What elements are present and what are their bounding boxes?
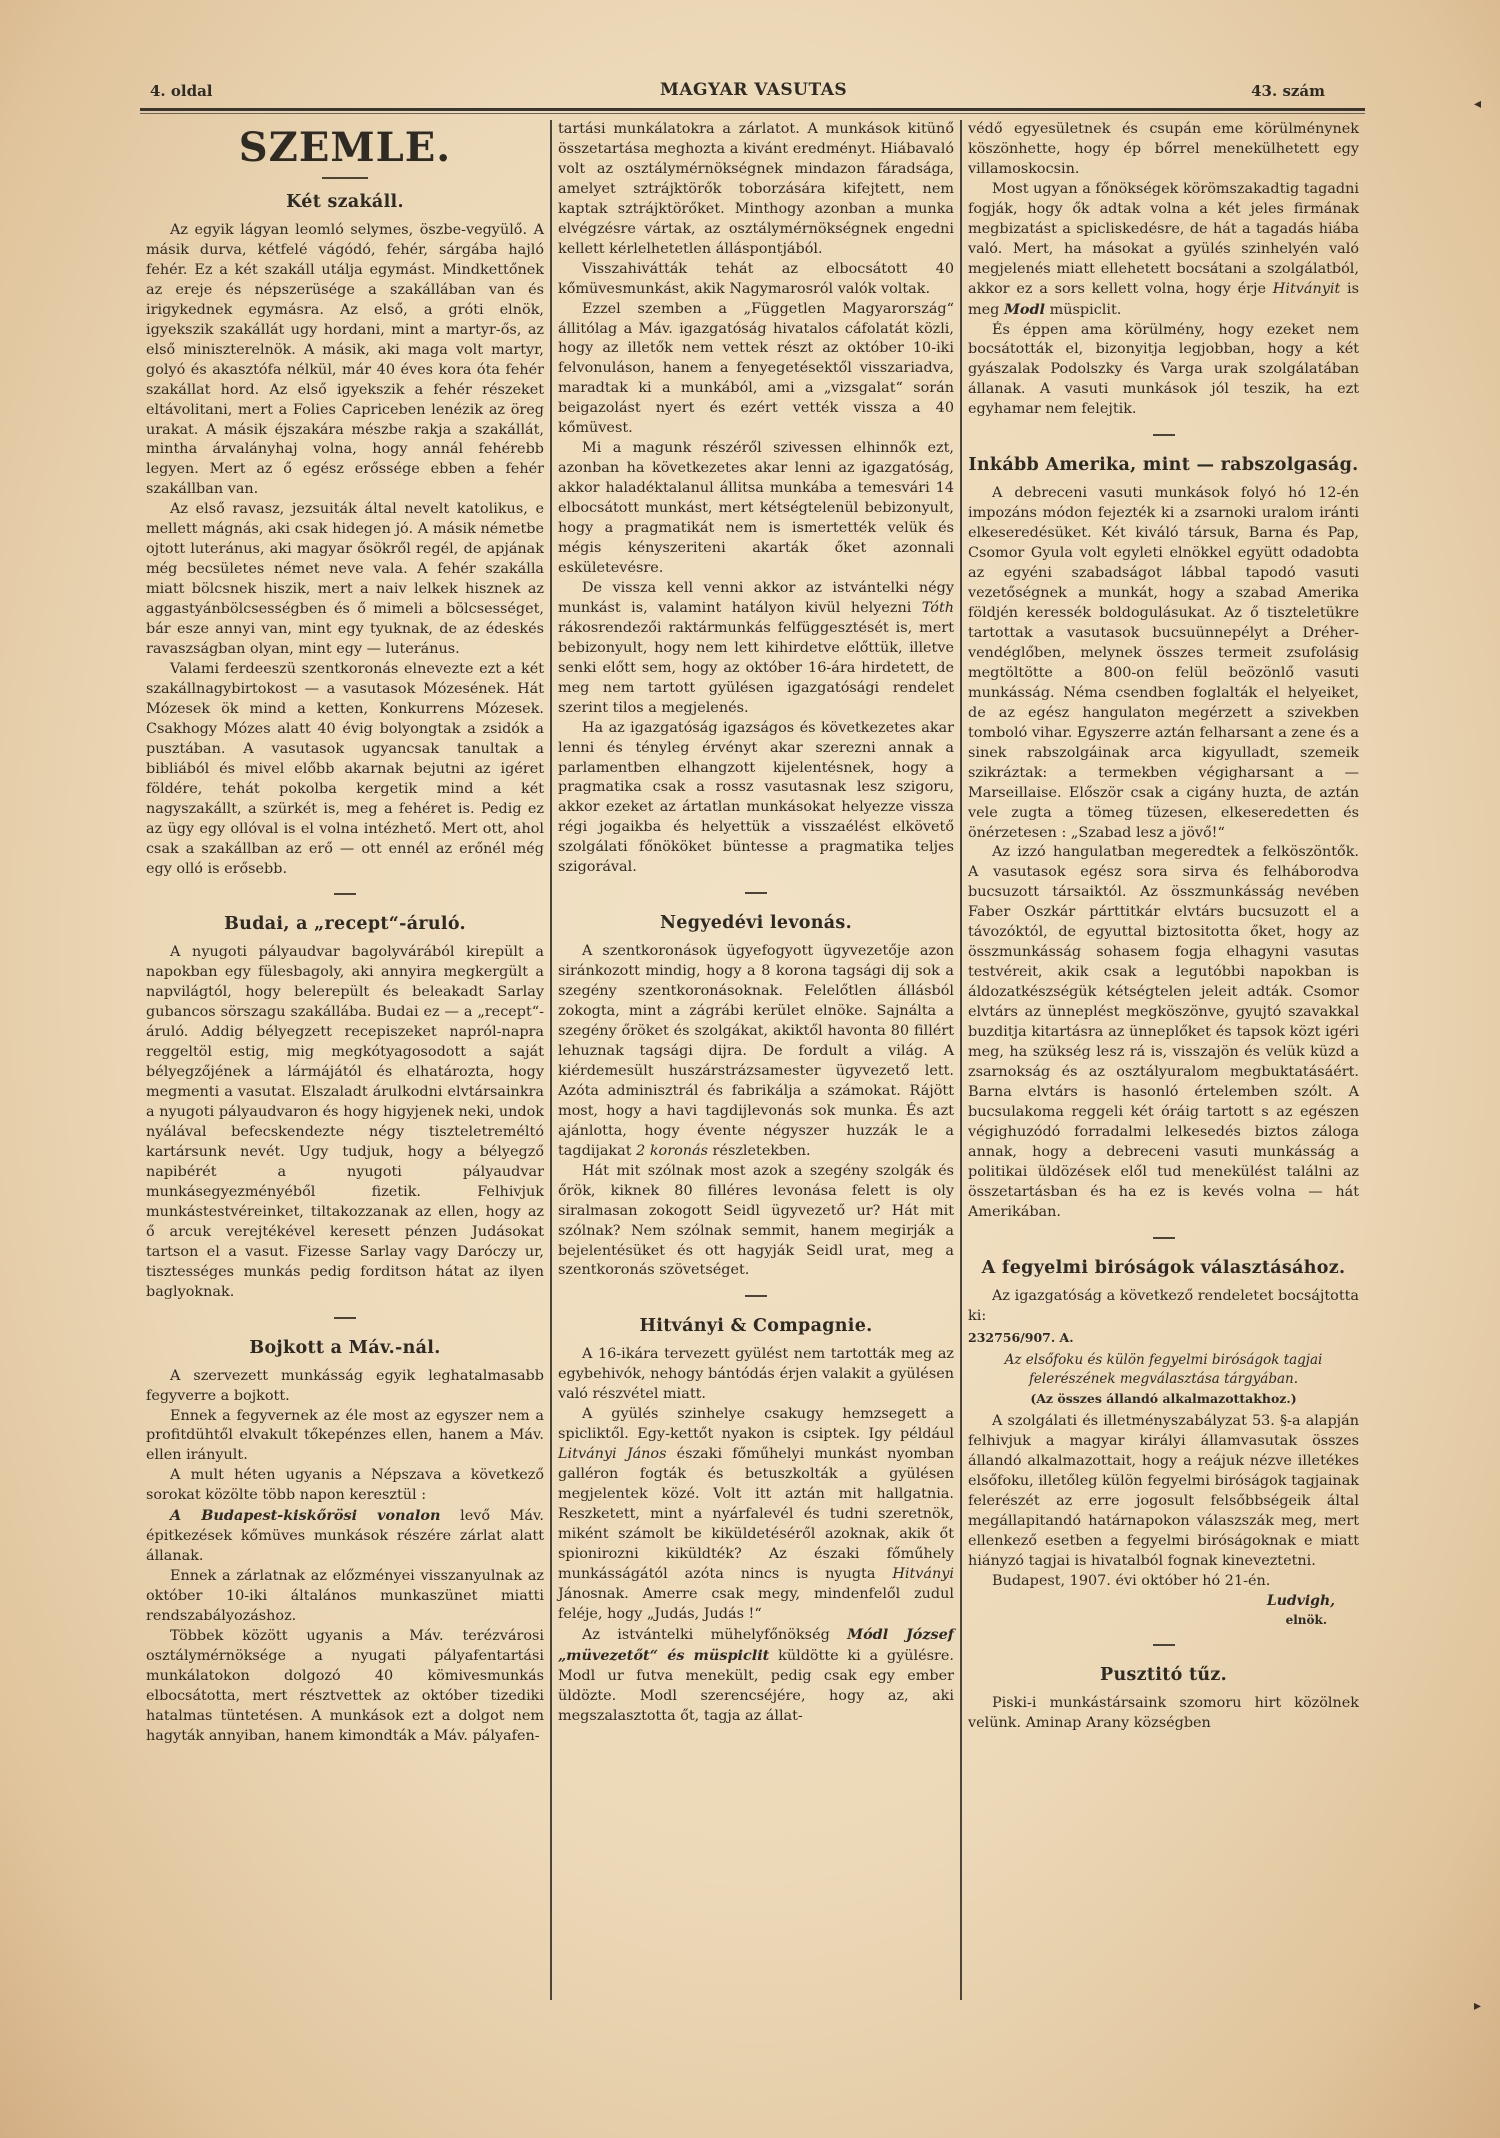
article-paragraph: A 16-ikára tervezett gyülést nem tartott… xyxy=(558,1345,954,1405)
article-paragraph: Ennek a fegyvernek az éle most az egysze… xyxy=(146,1407,544,1467)
article-separator xyxy=(745,1295,767,1297)
article-paragraph: A szervezett munkásság egyik leghatalmas… xyxy=(146,1367,544,1407)
article-title-negyedevi: Negyedévi levonás. xyxy=(558,912,954,934)
signature: Ludvigh, elnök. xyxy=(968,1592,1359,1630)
article-paragraph: Ennek a zárlatnak az előzményei visszany… xyxy=(146,1567,544,1627)
continued-paragraph: védő egyesületnek és csupán eme körülmén… xyxy=(968,120,1359,180)
quoted-notice-lead: A Budapest-kiskőrösi vonalon xyxy=(170,1507,440,1524)
scan-speck-mark: ▸ xyxy=(1474,1998,1481,2014)
article-paragraph: Az izzó hangulatban megeredtek a felkösz… xyxy=(968,843,1359,1222)
person-name: Tóth xyxy=(922,600,954,616)
person-name: Hitványit xyxy=(1273,281,1340,297)
article-separator xyxy=(334,893,356,895)
column-2: tartási munkálatokra a zárlatot. A munká… xyxy=(550,120,960,2000)
article-paragraph: Hát mit szólnak most azok a szegény szol… xyxy=(558,1162,954,1282)
article-paragraph: Többek között ugyanis a Máv. terézvárosi… xyxy=(146,1627,544,1747)
article-title-hitvanyi: Hitványi & Compagnie. xyxy=(558,1315,954,1337)
continued-paragraph: tartási munkálatokra a zárlatot. A munká… xyxy=(558,120,954,260)
column-3: védő egyesületnek és csupán eme körülmén… xyxy=(960,120,1365,2000)
text-run: De vissza kell venni akkor az istvántelk… xyxy=(558,580,954,616)
decree-addressee: (Az összes állandó alkalmazottakhoz.) xyxy=(968,1391,1359,1406)
article-separator xyxy=(745,892,767,894)
text-run: Az istvántelki mühelyfőnökség xyxy=(582,1627,847,1643)
article-paragraph: Az istvántelki mühelyfőnökség Módl Józse… xyxy=(558,1625,954,1727)
signature-name: Ludvigh, xyxy=(968,1592,1335,1611)
article-paragraph: A gyülés szinhelye csakugy hemzsegett a … xyxy=(558,1405,954,1624)
article-paragraph: A debreceni vasuti munkások folyó hó 12-… xyxy=(968,484,1359,843)
article-title-pusztito-tuz: Pusztitó tűz. xyxy=(968,1664,1359,1686)
article-separator xyxy=(1153,1237,1175,1239)
title-rule xyxy=(322,177,368,179)
text-run: részletekben. xyxy=(708,1143,811,1159)
decree-date: Budapest, 1907. évi október hó 21-én. xyxy=(968,1572,1359,1592)
article-separator xyxy=(1153,1644,1175,1646)
header-rule-thin xyxy=(140,113,1365,114)
decree-reference: 232756/907. A. xyxy=(968,1330,1359,1345)
article-paragraph: De vissza kell venni akkor az istvántelk… xyxy=(558,579,954,719)
running-header: 4. oldal MAGYAR VASUTAS 43. szám xyxy=(140,80,1365,102)
section-title: SZEMLE. xyxy=(146,124,544,171)
article-title-budai: Budai, a „recept“-áruló. xyxy=(146,913,544,935)
article-paragraph: Ha az igazgatóság igazságos és következe… xyxy=(558,719,954,879)
article-paragraph: Az első ravasz, jezsuiták által nevelt k… xyxy=(146,500,544,660)
article-separator xyxy=(1153,434,1175,436)
masthead-title: MAGYAR VASUTAS xyxy=(660,80,847,100)
decree-subject: Az elsőfoku és külön fegyelmi biróságok … xyxy=(968,1351,1359,1389)
article-paragraph: Az igazgatóság a következő rendeletet bo… xyxy=(968,1287,1359,1327)
columns: SZEMLE. Két szakáll. Az egyik lágyan leo… xyxy=(140,120,1365,2000)
article-paragraph: A szentkoronások ügyefogyott ügyvezetője… xyxy=(558,942,954,1161)
article-paragraph: A mult héten ugyanis a Népszava a követk… xyxy=(146,1466,544,1506)
article-title-ket-szakall: Két szakáll. xyxy=(146,191,544,213)
article-paragraph: Az egyik lágyan leomló selymes, öszbe-ve… xyxy=(146,221,544,500)
issue-number: 43. szám xyxy=(1251,82,1325,100)
text-run: A szentkoronások ügyefogyott ügyvezetője… xyxy=(558,943,954,1159)
text-run: Most ugyan a főnökségek körömszakadtig t… xyxy=(968,181,1359,297)
signature-role: elnök. xyxy=(968,1611,1335,1630)
article-paragraph: A nyugoti pályaudvar bagolyvárából kirep… xyxy=(146,943,544,1302)
article-title-bojkott: Bojkott a Máv.-nál. xyxy=(146,1337,544,1359)
page-number: 4. oldal xyxy=(150,82,213,100)
article-paragraph: Valami ferdeeszü szentkoronás elnevezte … xyxy=(146,660,544,879)
article-title-fegyelmi: A fegyelmi biróságok választásához. xyxy=(968,1257,1359,1279)
newspaper-page: 4. oldal MAGYAR VASUTAS 43. szám SZEMLE.… xyxy=(140,80,1365,2000)
text-run: A gyülés szinhelye csakugy hemzsegett a … xyxy=(558,1406,954,1442)
column-1: SZEMLE. Két szakáll. Az egyik lágyan leo… xyxy=(140,120,550,1747)
text-run: müspiclit. xyxy=(1045,302,1121,318)
article-paragraph: Mi a magunk részéről szivessen elhinnők … xyxy=(558,439,954,579)
person-name: Hitványi xyxy=(892,1566,954,1582)
header-rule xyxy=(140,108,1365,111)
article-paragraph: Most ugyan a főnökségek körömszakadtig t… xyxy=(968,180,1359,321)
italic-run: 2 koronás xyxy=(636,1143,708,1159)
article-separator xyxy=(334,1317,356,1319)
text-run: északi főműhelyi munkást nyomban galléro… xyxy=(558,1446,954,1582)
scan-speck-mark: ◂ xyxy=(1474,96,1481,112)
person-name: Modl xyxy=(1004,301,1045,318)
article-title-amerika: Inkább Amerika, mint — rabszolgaság. xyxy=(968,454,1359,476)
article-paragraph: Ezzel szemben a „Független Magyarország“… xyxy=(558,300,954,440)
text-run: rákosrendezői raktármunkás felfüggesztés… xyxy=(558,620,954,716)
article-paragraph: Piski-i munkástársaink szomoru hirt közö… xyxy=(968,1694,1359,1734)
person-name: Litványi János xyxy=(558,1446,667,1462)
article-paragraph: Visszahivátták tehát az elbocsátott 40 k… xyxy=(558,260,954,300)
text-run: Jánosnak. Amerre csak megy, mindenfelől … xyxy=(558,1586,954,1622)
quoted-notice: A Budapest-kiskőrösi vonalon levő Máv. é… xyxy=(146,1506,544,1567)
article-paragraph: A szolgálati és illetményszabályzat 53. … xyxy=(968,1412,1359,1572)
article-paragraph: És éppen ama körülmény, hogy ezeket nem … xyxy=(968,321,1359,421)
